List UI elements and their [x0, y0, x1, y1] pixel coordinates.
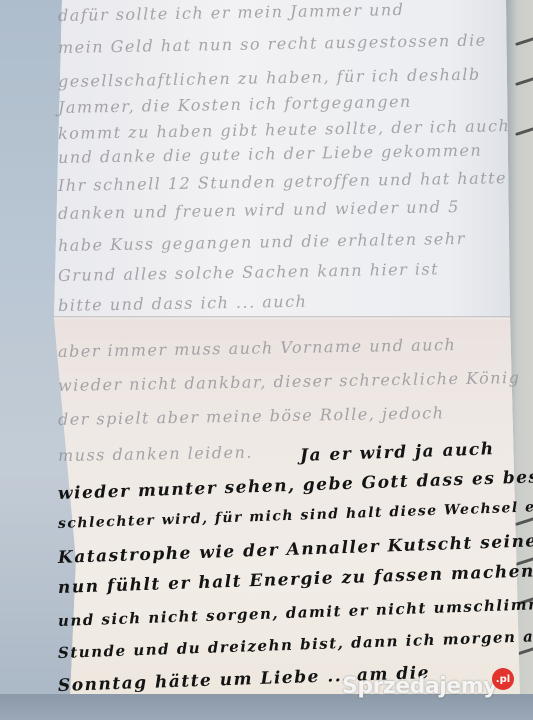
ink-stroke	[515, 77, 533, 86]
ink-stroke	[515, 127, 533, 136]
ink-stroke	[515, 517, 533, 526]
watermark-logo: Sprzedajemy	[342, 674, 497, 699]
paper-fold-crease	[40, 316, 520, 319]
watermark-badge-icon: .pl	[492, 668, 514, 690]
handwriting-line: muss danken leiden.	[58, 443, 253, 465]
letter-photo: dafür sollte ich er mein Jammer und mein…	[0, 0, 533, 720]
ink-stroke	[515, 37, 533, 46]
